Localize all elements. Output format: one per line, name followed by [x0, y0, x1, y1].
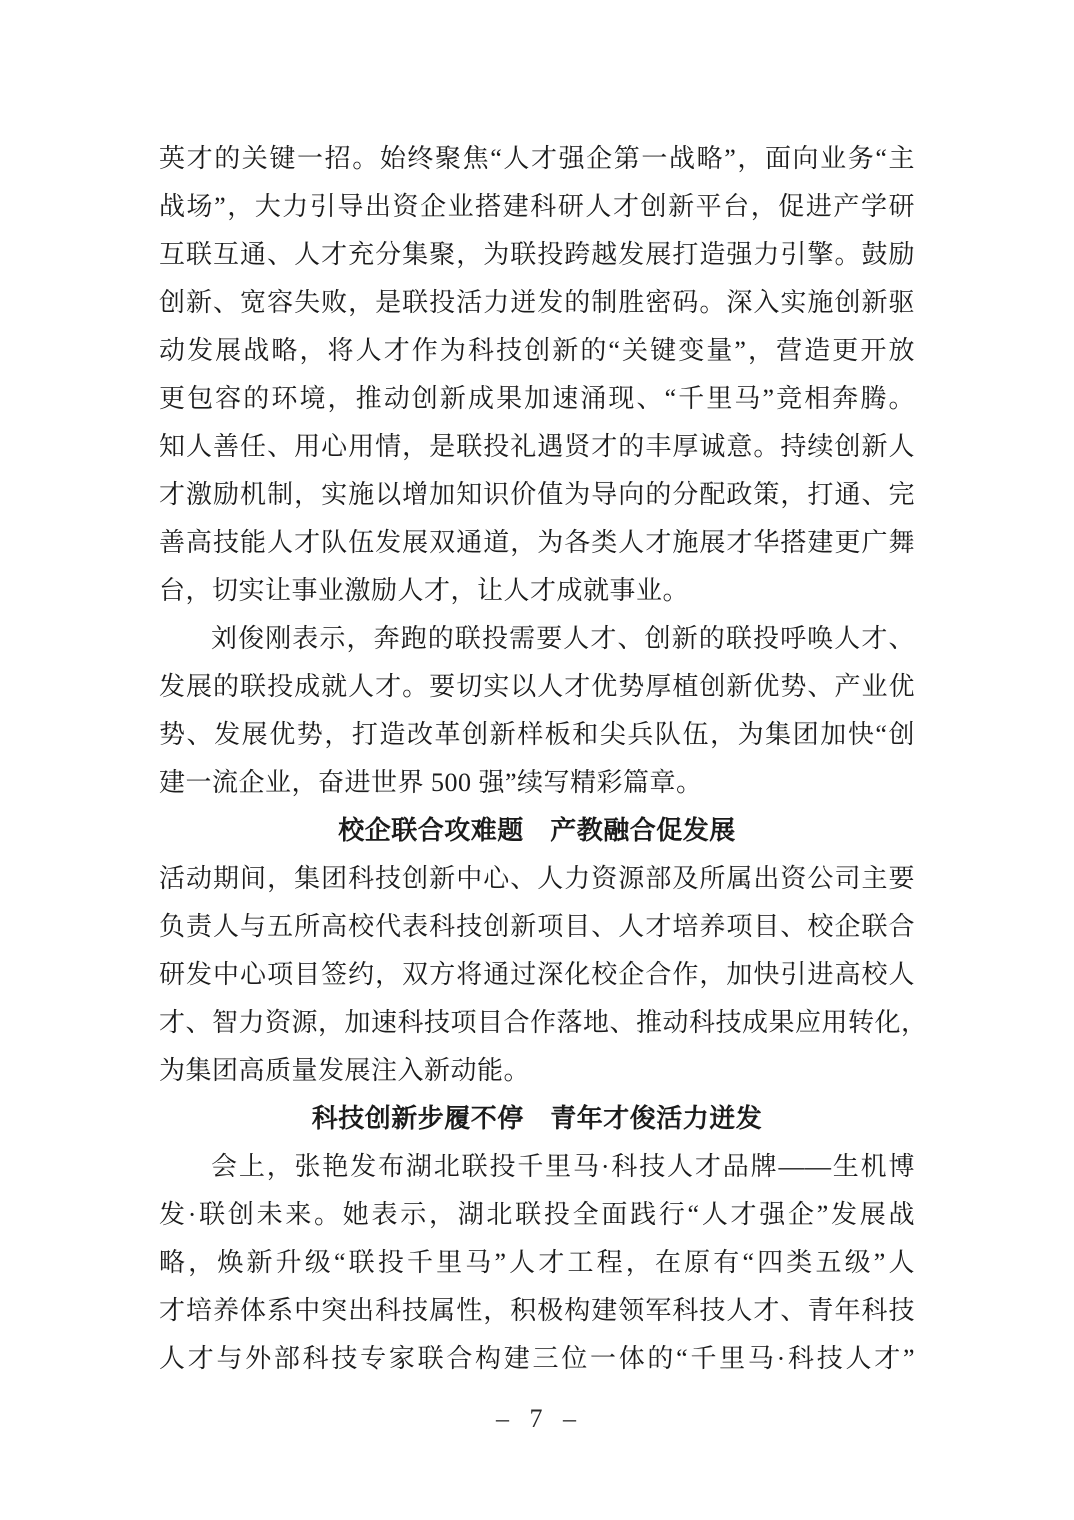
document-line: 善高技能人才队伍发展双通道，为各类人才施展才华搭建更广舞 — [159, 519, 915, 567]
document-page: 英才的关键一招。始终聚焦“人才强企第一战略”，面向业务“主 战场”，大力引导出资… — [0, 0, 1074, 1520]
document-line: 刘俊刚表示，奔跑的联投需要人才、创新的联投呼唤人才、 — [159, 615, 915, 663]
document-line: 知人善任、用心用情，是联投礼遇贤才的丰厚诚意。持续创新人 — [159, 423, 915, 471]
document-line: 建一流企业，奋进世界 500 强”续写精彩篇章。 — [159, 759, 915, 807]
document-line: 台，切实让事业激励人才，让人才成就事业。 — [159, 567, 915, 615]
document-line: 发·联创未来。她表示，湖北联投全面践行“人才强企”发展战 — [159, 1191, 915, 1239]
document-line: 互联互通、人才充分集聚，为联投跨越发展打造强力引擎。鼓励 — [159, 231, 915, 279]
document-line: 会上，张艳发布湖北联投千里马·科技人才品牌——生机博 — [159, 1143, 915, 1191]
document-line: 才、智力资源，加速科技项目合作落地、推动科技成果应用转化， — [159, 999, 915, 1047]
document-line: 势、发展优势，打造改革创新样板和尖兵队伍，为集团加快“创 — [159, 711, 915, 759]
section-heading: 校企联合攻难题 产教融合促发展 — [159, 807, 915, 855]
document-line: 动发展战略，将人才作为科技创新的“关键变量”，营造更开放 — [159, 327, 915, 375]
document-line: 人才与外部科技专家联合构建三位一体的“千里马·科技人才” — [159, 1335, 915, 1383]
document-line: 更包容的环境，推动创新成果加速涌现、“千里马”竞相奔腾。 — [159, 375, 915, 423]
document-line: 才培养体系中突出科技属性，积极构建领军科技人才、青年科技 — [159, 1287, 915, 1335]
document-line: 英才的关键一招。始终聚焦“人才强企第一战略”，面向业务“主 — [159, 135, 915, 183]
document-line: 发展的联投成就人才。要切实以人才优势厚植创新优势、产业优 — [159, 663, 915, 711]
document-line: 创新、宽容失败，是联投活力迸发的制胜密码。深入实施创新驱 — [159, 279, 915, 327]
document-line: 负责人与五所高校代表科技创新项目、人才培养项目、校企联合 — [159, 903, 915, 951]
page-number: – 7 – — [0, 1404, 1074, 1434]
document-line: 略，焕新升级“联投千里马”人才工程，在原有“四类五级”人 — [159, 1239, 915, 1287]
document-line: 活动期间，集团科技创新中心、人力资源部及所属出资公司主要 — [159, 855, 915, 903]
document-line: 研发中心项目签约，双方将通过深化校企合作，加快引进高校人 — [159, 951, 915, 999]
document-line: 才激励机制，实施以增加知识价值为导向的分配政策，打通、完 — [159, 471, 915, 519]
document-text-block: 英才的关键一招。始终聚焦“人才强企第一战略”，面向业务“主 战场”，大力引导出资… — [159, 135, 915, 1383]
section-heading: 科技创新步履不停 青年才俊活力迸发 — [159, 1095, 915, 1143]
document-line: 为集团高质量发展注入新动能。 — [159, 1047, 915, 1095]
document-line: 战场”，大力引导出资企业搭建科研人才创新平台，促进产学研 — [159, 183, 915, 231]
